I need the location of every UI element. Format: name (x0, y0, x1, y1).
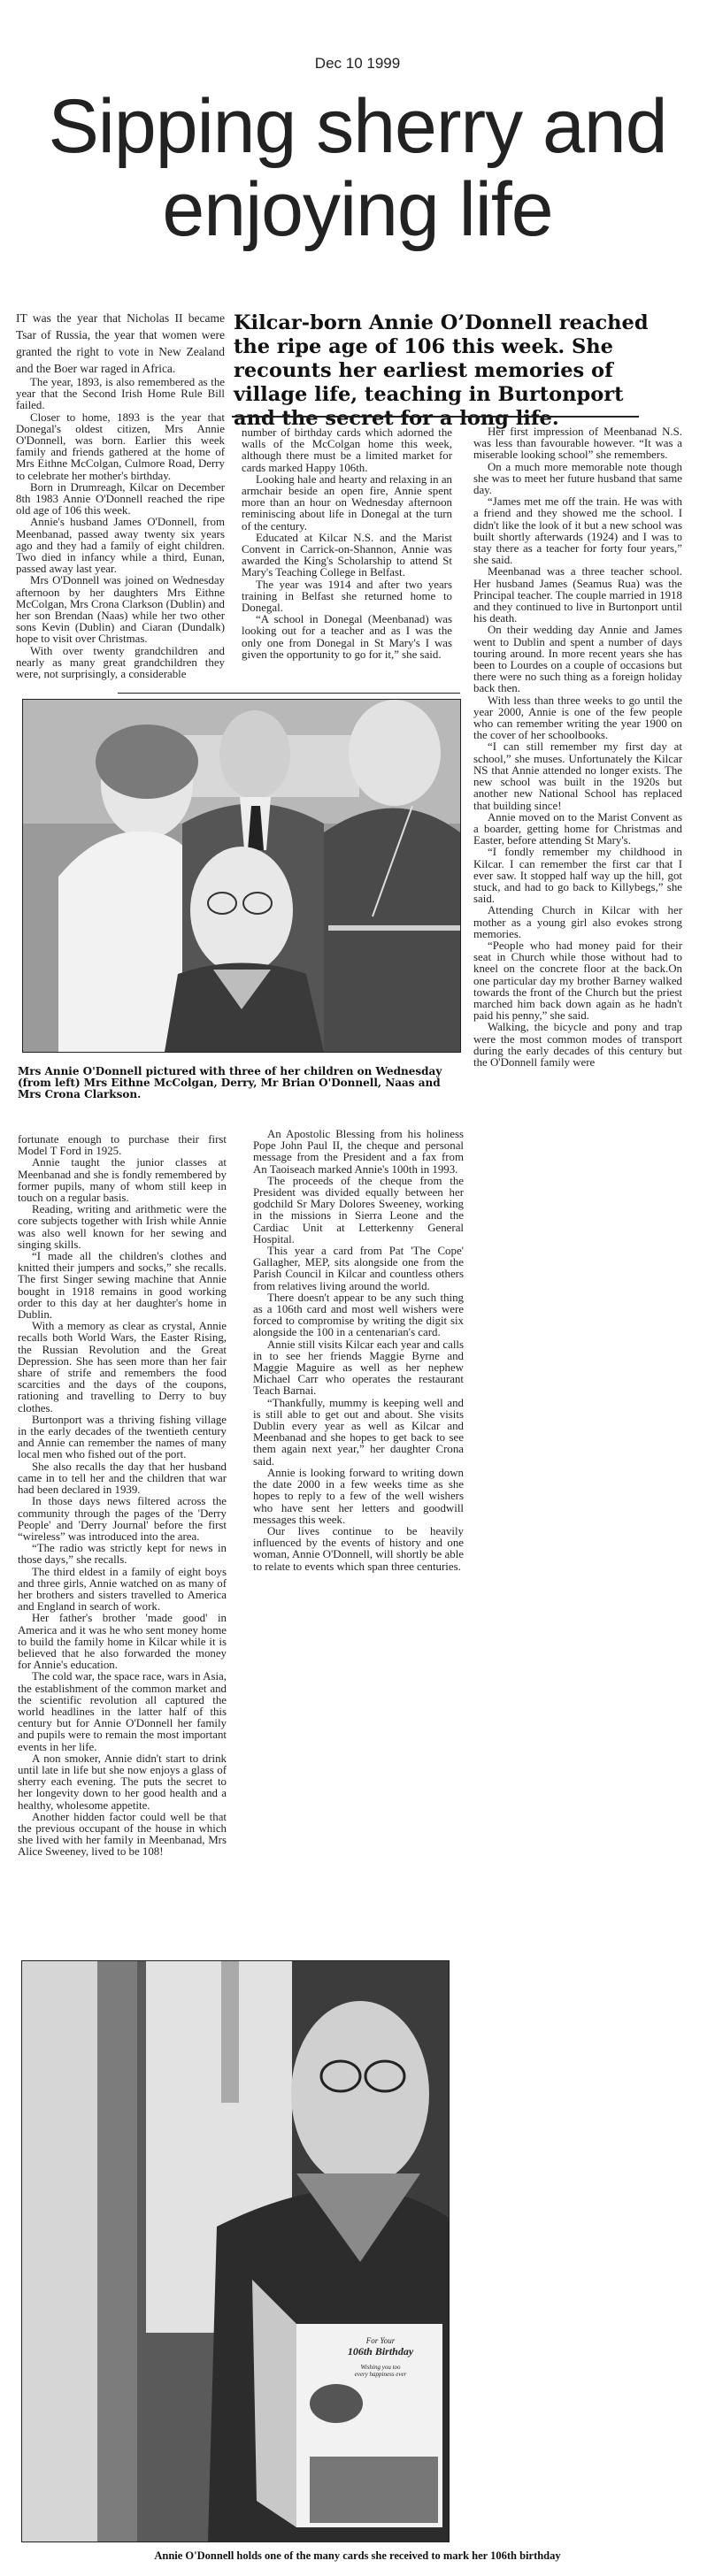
paragraph: Her father's brother 'made good' in Amer… (18, 1613, 227, 1671)
paragraph: This year a card from Pat 'The Cope' Gal… (253, 1246, 464, 1292)
card-line-1: For Your (323, 2336, 438, 2345)
paragraph: An Apostolic Blessing from his holiness … (253, 1129, 464, 1176)
paragraph: She also recalls the day that her husban… (18, 1461, 227, 1497)
paragraph: “People who had money paid for their sea… (473, 940, 682, 1022)
paragraph: Annie's husband James O'Donnell, from Me… (16, 517, 225, 575)
paragraph: Our lives continue to be heavily influen… (253, 1526, 464, 1573)
paragraph: Annie moved on to the Marist Convent as … (473, 812, 682, 847)
paragraph: Annie taught the junior classes at Meenb… (18, 1157, 227, 1204)
paragraph: On their wedding day Annie and James wen… (473, 625, 682, 694)
paragraph: The year was 1914 and after two years tr… (242, 579, 452, 615)
paragraph: Looking hale and hearty and relaxing in … (242, 474, 452, 533)
paragraph: A non smoker, Annie didn't start to drin… (18, 1753, 227, 1812)
paragraph: Annie is looking forward to writing down… (253, 1468, 464, 1526)
paragraph: Born in Drumreagh, Kilcar on December 8t… (16, 482, 225, 517)
standfirst-rule (232, 416, 639, 418)
paragraph: Meenbanad was a three teacher school. He… (473, 566, 682, 625)
paragraph: Closer to home, 1893 is the year that Do… (16, 412, 225, 482)
family-photo-caption: Mrs Annie O'Donnell pictured with three … (18, 1066, 460, 1100)
paragraph: There doesn't appear to be any such thin… (253, 1292, 464, 1339)
column-2-top: number of birthday cards which adorned t… (242, 427, 452, 661)
paragraph: With less than three weeks to go until t… (473, 695, 682, 742)
paragraph: “A school in Donegal (Meenbanad) was loo… (242, 614, 452, 661)
column-2-bottom: An Apostolic Blessing from his holiness … (253, 1129, 464, 1573)
paragraph: fortunate enough to purchase their first… (18, 1134, 227, 1157)
headline: Sipping sherry and enjoying life (0, 85, 715, 251)
paragraph: Her first impression of Meenbanad N.S. w… (473, 426, 682, 462)
paragraph: Reading, writing and arithmetic were the… (18, 1204, 227, 1251)
birthday-card-photo-image (22, 1961, 449, 2541)
standfirst: Kilcar-born Annie O’Donnell reached the … (234, 311, 650, 431)
family-photo-image (23, 700, 460, 1052)
paragraph: The year, 1893, is also remembered as th… (16, 377, 225, 412)
paragraph: “Thankfully, mummy is keeping well and i… (253, 1398, 464, 1468)
paragraph: The cold war, the space race, wars in As… (18, 1671, 227, 1752)
dateline: Dec 10 1999 (0, 55, 715, 73)
paragraph: The proceeds of the cheque from the Pres… (253, 1176, 464, 1246)
birthday-card-photo-caption: Annie O'Donnell holds one of the many ca… (0, 2549, 715, 2563)
column-1-bottom: fortunate enough to purchase their first… (18, 1134, 227, 1859)
paragraph: Attending Church in Kilcar with her moth… (473, 905, 682, 940)
family-photo (22, 699, 461, 1053)
paragraph: “I fondly remember my childhood in Kilca… (473, 847, 682, 905)
card-line-4: every happiness ever (323, 2371, 438, 2378)
card-greeting: For Your 106th Birthday Wishing you too … (323, 2336, 438, 2378)
paragraph: Annie still visits Kilcar each year and … (253, 1339, 464, 1398)
paragraph: Walking, the bicycle and pony and trap w… (473, 1022, 682, 1069)
paragraph: IT was the year that Nicholas II became … (16, 310, 225, 377)
birthday-card-photo: For Your 106th Birthday Wishing you too … (21, 1960, 450, 2542)
card-line-2: 106th Birthday (323, 2345, 438, 2358)
paragraph: number of birthday cards which adorned t… (242, 427, 452, 474)
paragraph: Burtonport was a thriving fishing villag… (18, 1414, 227, 1461)
photo-top-rule (118, 693, 460, 694)
column-3: Her first impression of Meenbanad N.S. w… (473, 426, 682, 1069)
paragraph: “I can still remember my first day at sc… (473, 741, 682, 811)
card-line-3: Wishing you too (323, 2364, 438, 2371)
paragraph: With a memory as clear as crystal, Annie… (18, 1321, 227, 1414)
paragraph: Another hidden factor could well be that… (18, 1812, 227, 1859)
paragraph: “The radio was strictly kept for news in… (18, 1543, 227, 1566)
paragraph: On a much more memorable note though she… (473, 462, 682, 497)
paragraph: The third eldest in a family of eight bo… (18, 1567, 227, 1614)
column-1-top: IT was the year that Nicholas II became … (16, 310, 225, 680)
headline-line-2: enjoying life (162, 167, 552, 252)
paragraph: Mrs O'Donnell was joined on Wednesday af… (16, 575, 225, 645)
paragraph: “I made all the children's clothes and k… (18, 1251, 227, 1321)
headline-line-1: Sipping sherry and (48, 84, 666, 169)
paragraph: Educated at Kilcar N.S. and the Marist C… (242, 533, 452, 579)
paragraph: With over twenty grandchildren and nearl… (16, 646, 225, 681)
paragraph: “James met me off the train. He was with… (473, 496, 682, 566)
paragraph: In those days news filtered across the c… (18, 1496, 227, 1543)
